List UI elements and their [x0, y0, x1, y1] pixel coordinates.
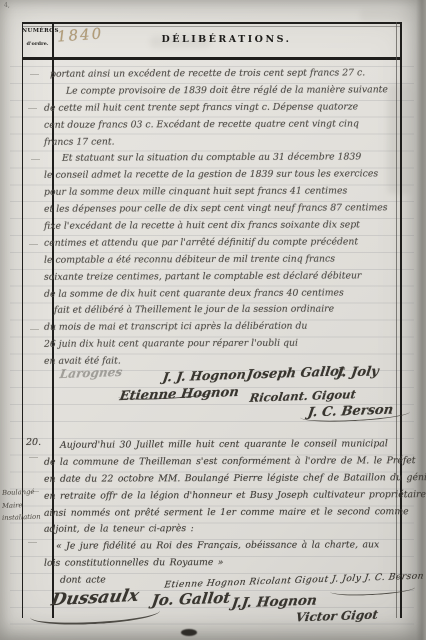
handwriting-line: adjoint, de la teneur ci-après : [44, 521, 400, 539]
table-border-left [22, 22, 23, 618]
header-deliberations-title: DÉLIBÉRATIONS. [53, 34, 400, 45]
handwriting-line: « Je jure fidélité au Roi des Français, … [44, 538, 400, 556]
handwriting-line: 26 juin dix huit cent quarante pour répa… [44, 335, 398, 353]
margin-tick [28, 108, 37, 109]
table-border-top [22, 22, 401, 24]
handwriting-line: Le compte provisoire de 1839 doit être r… [44, 82, 398, 100]
ink-blot [181, 629, 197, 636]
handwritten-year: 1840 [56, 24, 103, 45]
entry-number-20: 20. [26, 437, 41, 448]
handwriting-line: de cette mil huit cent trente sept franc… [44, 99, 398, 117]
signature: J.J. Hognon [231, 593, 318, 612]
handwriting-line: du mois de mai et transcript ici après l… [44, 319, 398, 337]
pencil-mark: 4, [4, 2, 10, 9]
margin-tick [29, 457, 38, 458]
signature: Jo. Gallot [151, 589, 232, 610]
handwriting-line: centimes et attendu que par l'arrêté déf… [44, 234, 398, 252]
signature: Joseph Gallot [246, 364, 346, 382]
handwriting-line: Aujourd'hui 30 Juillet mille huit cent q… [44, 436, 400, 454]
page-edge [416, 0, 426, 640]
handwriting-line: le conseil admet la recette de la gestio… [44, 167, 398, 185]
signature: Larognes [59, 365, 123, 381]
signature: Ricolant. Gigout [249, 387, 357, 405]
signature: Victor Gigot [295, 608, 379, 625]
handwriting-line: cent douze francs 03 c. Excédant de rece… [44, 116, 398, 134]
header-numeros-label: NUMÉROS [22, 28, 53, 34]
handwriting-line: et les dépenses pour celle de dix sept c… [44, 200, 398, 218]
handwriting-line: en retraite offr de la légion d'honneur … [44, 487, 400, 505]
table-border-right [400, 22, 402, 618]
entry-20-body: Aujourd'hui 30 Juillet mille huit cent q… [44, 437, 400, 589]
margin-tick [30, 74, 39, 75]
header-underline [22, 57, 401, 60]
register-page-scan: 4, NUMÉROS d'ordre. DÉLIBÉRATIONS. 1840 … [0, 0, 426, 640]
header-ordre-label: d'ordre. [22, 41, 53, 47]
handwriting-line: fixe l'excédant de la recette à huit cen… [44, 217, 398, 235]
handwriting-line: lois constitutionnelles du Royaume » [44, 554, 400, 572]
handwriting-line: en date du 22 octobre MM. Boulangé Pierr… [44, 470, 400, 488]
handwriting-line: portant ainsi un excédent de recette de … [44, 65, 398, 83]
margin-tick [30, 329, 39, 330]
handwriting-line: Et statuant sur la situation du comptabl… [44, 150, 398, 168]
margin-tick [29, 244, 38, 245]
handwriting-line: fait et délibéré à Theillement le jour d… [44, 302, 398, 320]
handwriting-line: le comptable a été reconnu débiteur de m… [44, 251, 398, 269]
margin-tick [28, 542, 37, 543]
signature: J. J. Hognon [162, 367, 247, 385]
margin-tick [31, 159, 40, 160]
signature-flourish [30, 601, 161, 628]
handwriting-line: de la commune de Theilleman s'est confor… [44, 453, 400, 471]
handwriting-line: pour la somme deux mille cinquant huit s… [44, 183, 398, 201]
bleed-through-smudge [360, 8, 410, 22]
handwriting-line: francs 17 cent. [44, 133, 398, 151]
signature: J. Joly [336, 364, 380, 380]
entry-19-body: portant ainsi un excédent de recette de … [44, 66, 398, 370]
handwriting-line: soixante treize centimes, partant le com… [44, 268, 398, 286]
